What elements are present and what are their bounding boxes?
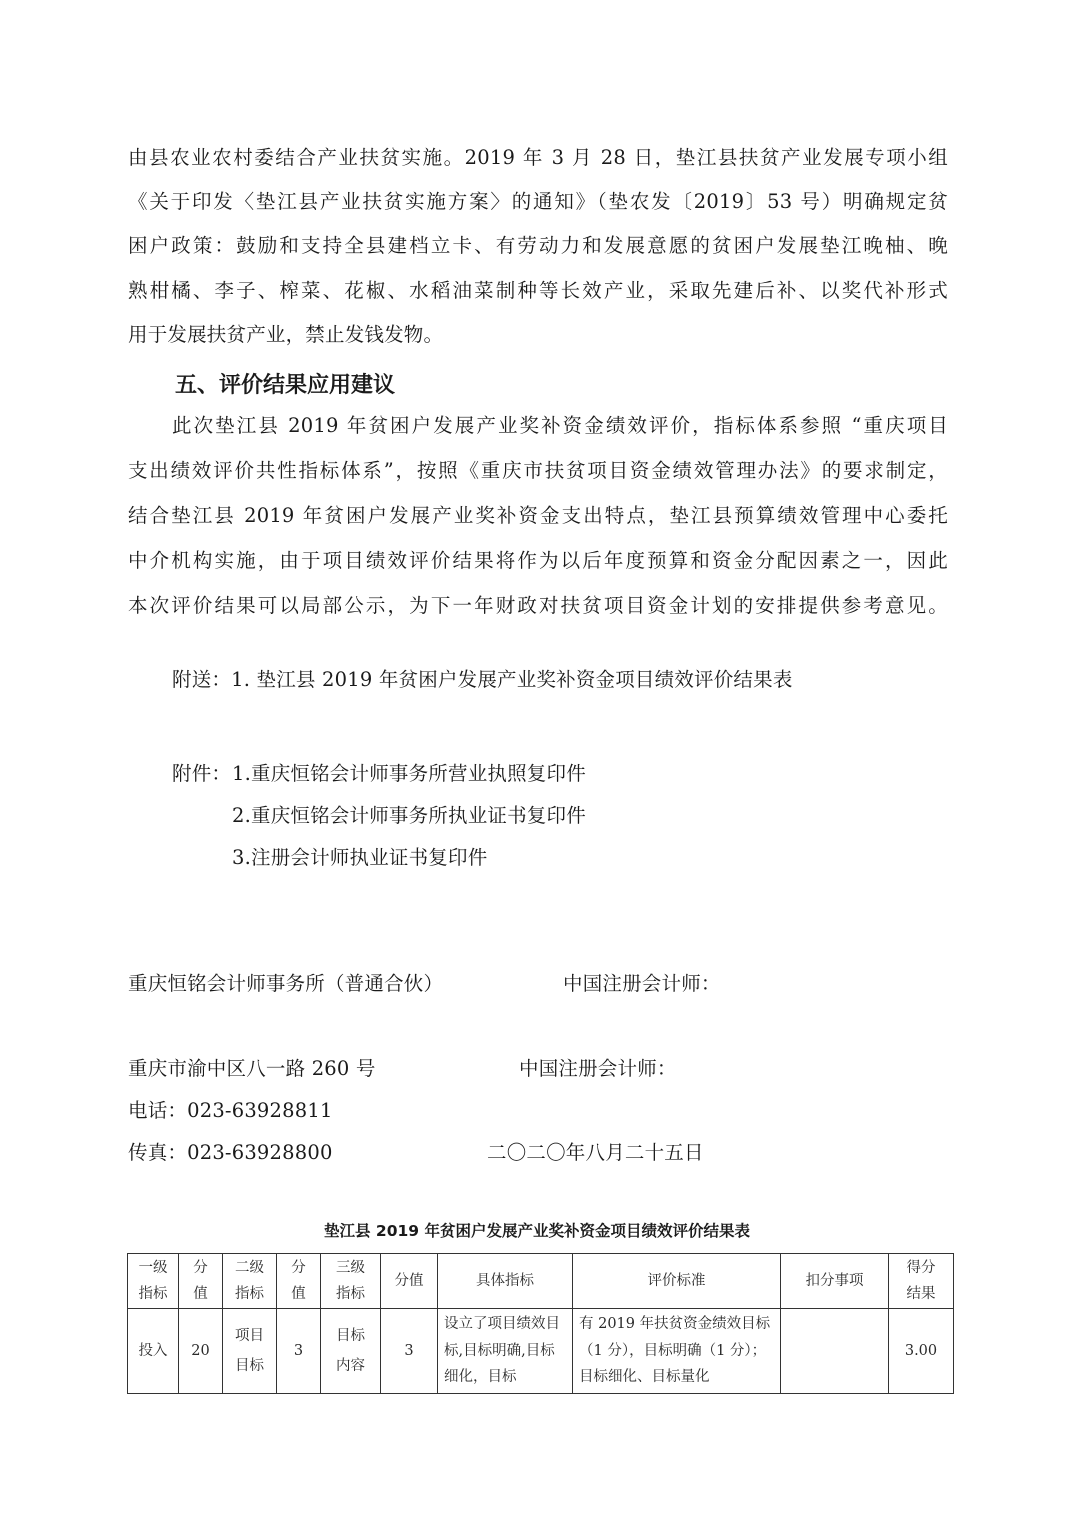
table-title: 垫江县 2019 年贫困户发展产业奖补资金项目绩效评价结果表: [0, 1219, 1074, 1241]
cpa-signature-label: 中国注册会计师：: [563, 972, 721, 996]
firm-name: 重庆恒铭会计师事务所（普通合伙）: [128, 972, 443, 996]
attachment-item: 2.重庆恒铭会计师事务所执业证书复印件: [232, 804, 586, 828]
text-line: 结合垫江县 2019 年贫困户发展产业奖补资金支出特点，垫江县预算绩效管理中心委…: [128, 504, 948, 528]
header-level2: 二级指标: [223, 1254, 277, 1309]
text-line: 熟柑橘、李子、榨菜、花椒、水稻油菜制种等长效产业，采取先建后补、以奖代补形式: [128, 279, 948, 303]
cell-deduction: [781, 1309, 889, 1394]
table-header-row: 一级指标 分值 二级指标 分值 三级指标 分值 具体指标 评价标准 扣分事项 得…: [128, 1254, 954, 1309]
header-level3: 三级指标: [321, 1254, 381, 1309]
header-score1: 分值: [179, 1254, 223, 1309]
text-line: 支出绩效评价共性指标体系”，按照《重庆市扶贫项目资金绩效管理办法》的要求制定，: [128, 459, 948, 483]
cell-score3: 3: [381, 1309, 438, 1394]
text-line: 本次评价结果可以局部公示，为下一年财政对扶贫项目资金计划的安排提供参考意见。: [128, 594, 948, 618]
cell-indicator: 设立了项目绩效目标,目标明确,目标细化，目标: [438, 1309, 573, 1394]
section-heading: 五、评价结果应用建议: [175, 368, 395, 399]
results-table: 一级指标 分值 二级指标 分值 三级指标 分值 具体指标 评价标准 扣分事项 得…: [127, 1253, 954, 1394]
header-score3: 分值: [381, 1254, 438, 1309]
text-line: 由县农业农村委结合产业扶贫实施。2019 年 3 月 28 日，垫江县扶贫产业发…: [128, 146, 948, 170]
attachments-label: 附件：: [172, 762, 231, 786]
cpa-signature-label: 中国注册会计师：: [519, 1057, 677, 1081]
attachment-item: 1.重庆恒铭会计师事务所营业执照复印件: [232, 762, 586, 786]
cell-result: 3.00: [889, 1309, 954, 1394]
text-line: 此次垫江县 2019 年贫困户发展产业奖补资金绩效评价，指标体系参照 “重庆项目: [172, 414, 948, 438]
cell-score2: 3: [277, 1309, 321, 1394]
cell-level1: 投入: [128, 1309, 179, 1394]
header-level1: 一级指标: [128, 1254, 179, 1309]
text-line: 中介机构实施，由于项目绩效评价结果将作为以后年度预算和资金分配因素之一，因此: [128, 549, 948, 573]
header-criteria: 评价标准: [573, 1254, 781, 1309]
text-line: 用于发展扶贫产业，禁止发钱发物。: [128, 323, 443, 347]
report-date: 二〇二〇年八月二十五日: [487, 1141, 704, 1165]
cell-score1: 20: [179, 1309, 223, 1394]
header-indicator: 具体指标: [438, 1254, 573, 1309]
cell-level2: 项目目标: [223, 1309, 277, 1394]
firm-phone: 电话：023-63928811: [128, 1099, 333, 1123]
firm-address: 重庆市渝中区八一路 260 号: [128, 1057, 376, 1081]
header-result: 得分结果: [889, 1254, 954, 1309]
attachment-item: 3.注册会计师执业证书复印件: [232, 846, 487, 870]
cell-criteria: 有 2019 年扶贫资金绩效目标（1 分），目标明确（1 分）；目标细化、目标量…: [573, 1309, 781, 1394]
firm-fax: 传真：023-63928800: [128, 1141, 333, 1165]
table-row: 投入 20 项目目标 3 目标内容 3 设立了项目绩效目标,目标明确,目标细化，…: [128, 1309, 954, 1394]
attachments-sent: 附送：1. 垫江县 2019 年贫困户发展产业奖补资金项目绩效评价结果表: [172, 668, 793, 692]
text-line: 困户政策：鼓励和支持全县建档立卡、有劳动力和发展意愿的贫困户发展垫江晚柚、晚: [128, 234, 948, 258]
header-deduction: 扣分事项: [781, 1254, 889, 1309]
header-score2: 分值: [277, 1254, 321, 1309]
text-line: 《关于印发〈垫江县产业扶贫实施方案〉的通知》（垫农发〔2019〕53 号）明确规…: [128, 190, 948, 214]
cell-level3: 目标内容: [321, 1309, 381, 1394]
